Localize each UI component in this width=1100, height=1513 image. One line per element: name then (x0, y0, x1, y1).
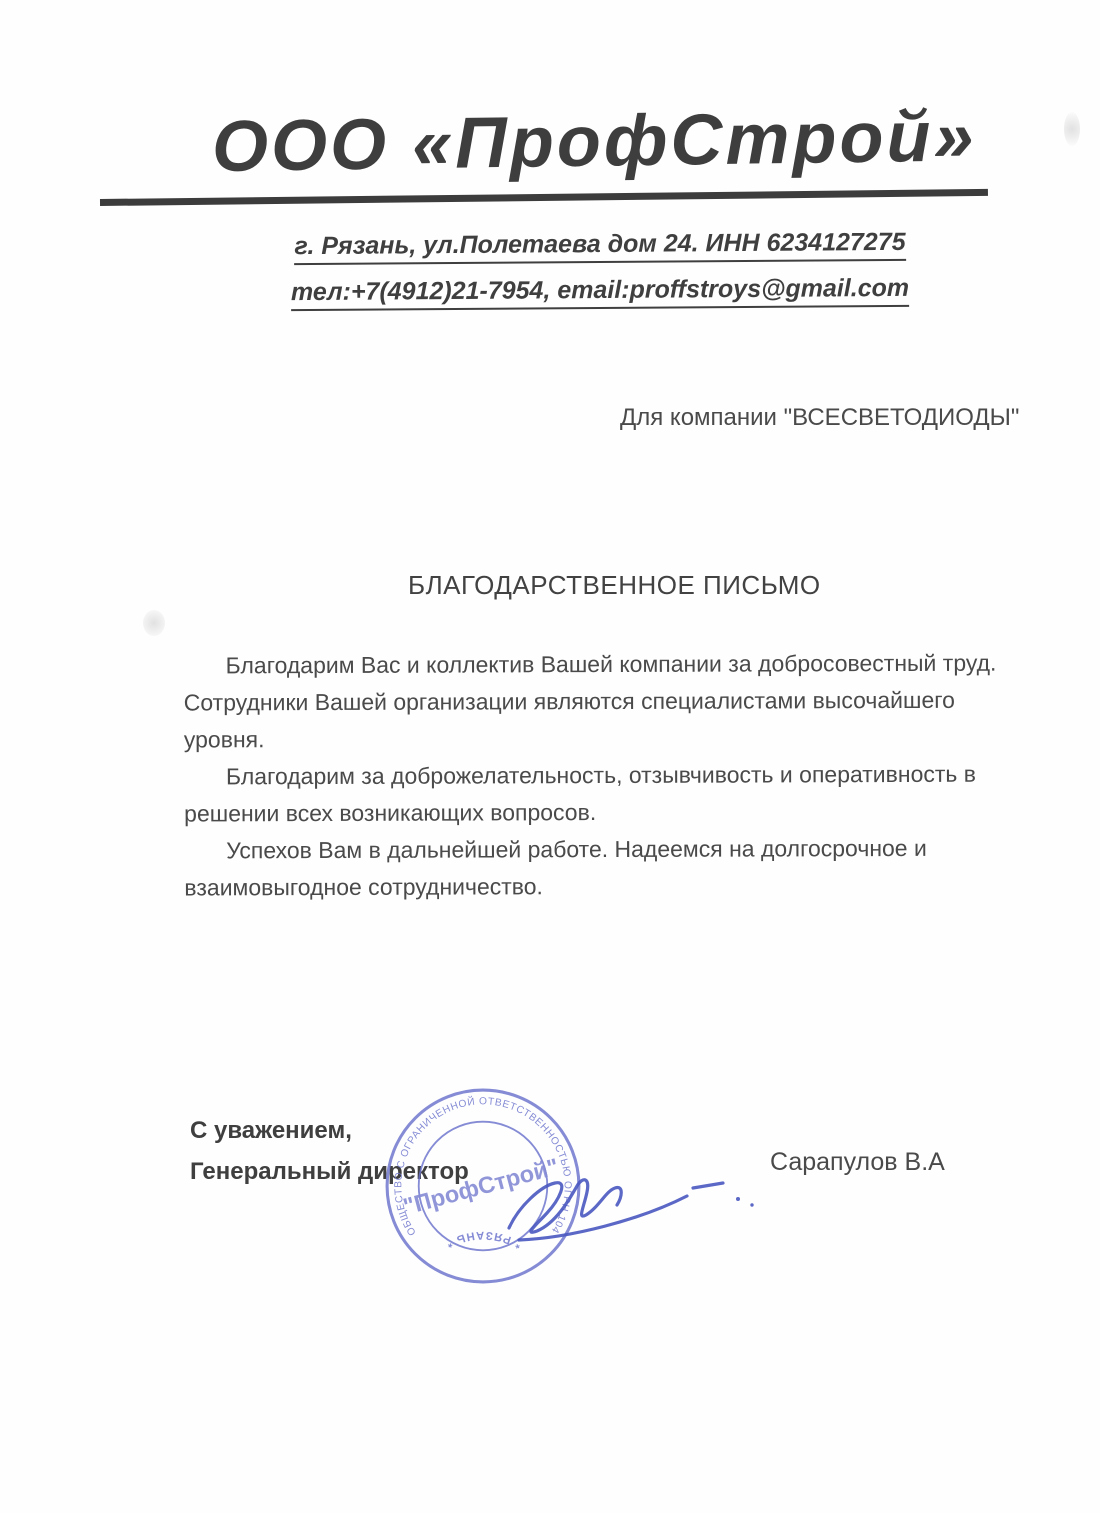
scan-artifact (1064, 112, 1080, 146)
paragraph: Благодарим Вас и коллектив Вашей компани… (184, 645, 1026, 759)
signature-dot (736, 1197, 740, 1201)
address-text: г. Рязань, ул.Полетаева дом 24. ИНН 6234… (294, 228, 905, 265)
scan-artifact (143, 610, 165, 636)
company-underline-rule (100, 189, 988, 206)
contact-text: тел:+7(4912)21-7954, email:proffstroys@g… (291, 274, 909, 311)
recipient-line: Для компании "ВСЕСВЕТОДИОДЫ" (620, 404, 1019, 432)
company-name: ООО «ПрофСтрой» (211, 95, 1002, 188)
paragraph: Благодарим за доброжелательность, отзывч… (184, 756, 1026, 833)
letter-title: БЛАГОДАРСТВЕННОЕ ПИСЬМО (408, 570, 821, 601)
paragraph: Успехов Вам в дальнейшей работе. Надеемс… (184, 830, 1026, 907)
signature-stroke-main (509, 1180, 621, 1232)
letter-body: Благодарим Вас и коллектив Вашей компани… (184, 645, 1027, 907)
address-line: г. Рязань, ул.Полетаева дом 24. ИНН 6234… (290, 228, 910, 261)
contact-line: тел:+7(4912)21-7954, email:proffstroys@g… (290, 274, 910, 307)
signature-dot (750, 1203, 753, 1206)
signature-stroke-dash (693, 1183, 723, 1188)
handwritten-signature (495, 1150, 805, 1265)
signature-salutation: С уважением, (190, 1117, 352, 1145)
scanned-letter-page: ООО «ПрофСтрой» г. Рязань, ул.Полетаева … (0, 0, 1100, 1513)
